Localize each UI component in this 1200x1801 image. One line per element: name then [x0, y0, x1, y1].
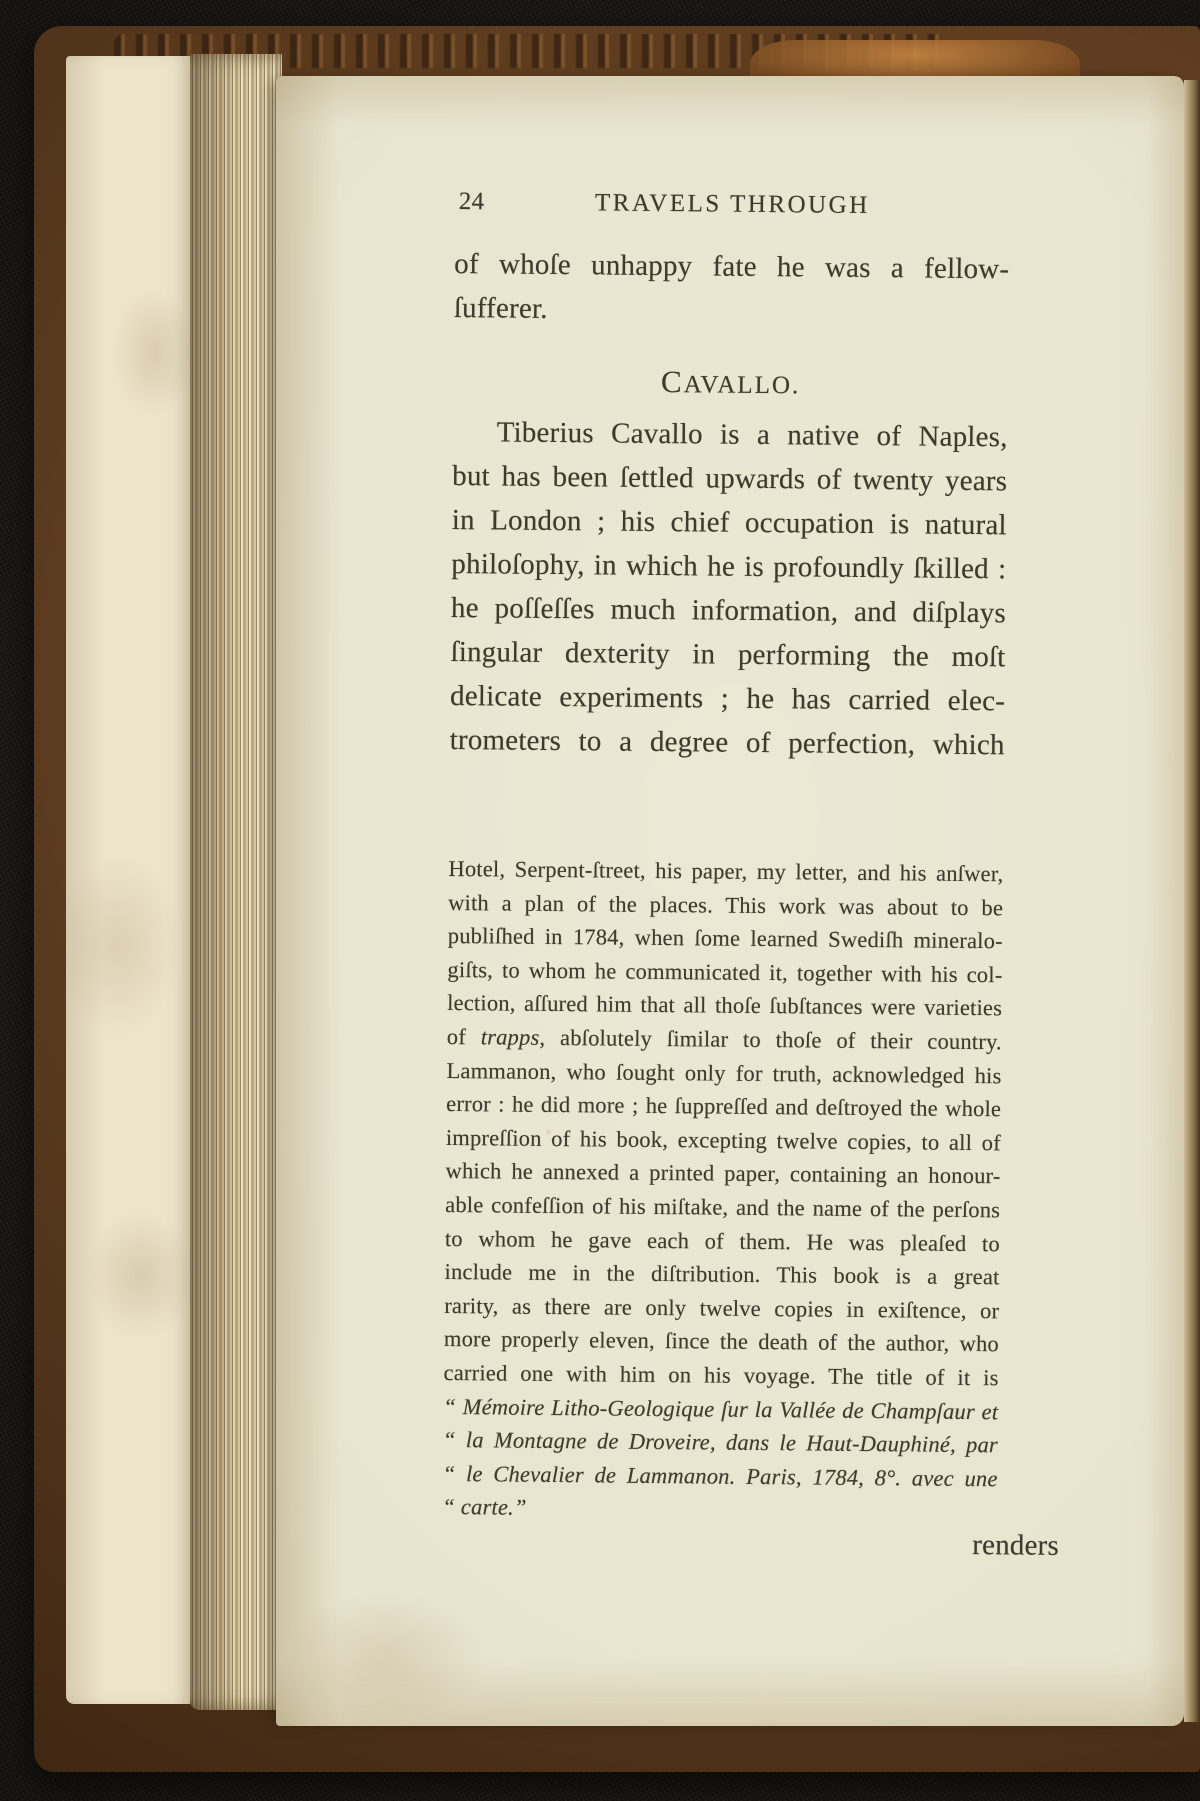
text-line: trometers to a degree of perfection, whi…: [449, 718, 1004, 767]
footnote-line-italic: “ Mémoire Litho-Geologique ſur la Vallée…: [443, 1389, 998, 1428]
text-line: Tiberius Cavallo is a native of Naples,: [452, 410, 1007, 459]
footnote-line-italic: “ carte.”: [442, 1490, 997, 1529]
footnote-text: , abſolutely ſimilar to thoſe of their c…: [539, 1025, 1002, 1054]
footnote-line: to whom he gave each of them. He was ple…: [445, 1221, 1000, 1260]
page-edges-stack: [190, 54, 282, 1710]
heading-initial: C: [661, 364, 684, 399]
footnote-line: Lammanon, who ſought only for truth, ack…: [446, 1054, 1001, 1093]
text-line: philoſophy, in which he is profoundly ſk…: [451, 542, 1006, 591]
footnote-line: giſts, to whom he communicated it, toget…: [447, 953, 1002, 992]
footnote-line: carried one with him on his voyage. The …: [443, 1356, 998, 1395]
page-text: 24 TRAVELS THROUGH of whoſe unhappy fate…: [441, 188, 1010, 1613]
book-page: 24 TRAVELS THROUGH of whoſe unhappy fate…: [276, 76, 1184, 1726]
text-line: delicate experiments ; he has carried el…: [450, 674, 1005, 723]
footnote-line: include me in the diſtribution. This boo…: [444, 1255, 999, 1294]
footnote-text: of: [447, 1024, 481, 1049]
footnote-line-italic: “ la Montagne de Droveire, dans le Haut-…: [443, 1423, 998, 1462]
text-line: of whoſe unhappy fate he was a fellow-: [454, 242, 1009, 291]
footnote-line: lection, aſſured him that all thoſe ſubſ…: [447, 986, 1002, 1025]
footnote-italic-word: trapps: [481, 1024, 540, 1050]
text-line: in London ; his chief occupation is natu…: [452, 498, 1007, 547]
text-line: ſingular dexterity in performing the moſ…: [450, 630, 1005, 679]
footnote-line: more properly eleven, ſince the death of…: [444, 1322, 999, 1361]
flyleaf-page: [66, 56, 190, 1704]
catchword: renders: [972, 1523, 1059, 1568]
heading-rest: AVALLO.: [684, 371, 801, 399]
footnote-line: able confeſſion of his miſtake, and the …: [445, 1188, 1000, 1227]
footnote-line: of trapps, abſolutely ſimilar to thoſe o…: [447, 1020, 1002, 1059]
footnote-line: publiſhed in 1784, when ſome learned Swe…: [448, 919, 1003, 958]
footnote-line: rarity, as there are only twelve copies …: [444, 1289, 999, 1328]
footnote-line-italic: “ le Chevalier de Lammanon. Paris, 1784,…: [442, 1457, 997, 1496]
running-title: TRAVELS THROUGH: [455, 188, 1010, 221]
footnote-line: with a plan of the places. This work was…: [448, 886, 1003, 925]
footnote-line: error : he did more ; he ſuppreſſed and …: [446, 1087, 1001, 1126]
footnote: Hotel, Serpent-ſtreet, his paper, my let…: [442, 852, 1003, 1529]
text-line: he poſſeſſes much information, and diſpl…: [451, 586, 1006, 635]
page-header: 24 TRAVELS THROUGH: [455, 188, 1010, 233]
text-line: but has been ſettled upwards of twenty y…: [452, 454, 1007, 503]
footnote-line: impreſſion of his book, excepting twelve…: [446, 1121, 1001, 1160]
footnote-line: which he annexed a printed paper, contai…: [445, 1154, 1000, 1193]
footnote-line: Hotel, Serpent-ſtreet, his paper, my let…: [448, 852, 1003, 891]
text-line: ſufferer.: [454, 286, 1009, 335]
section-heading: CAVALLO.: [453, 358, 1008, 410]
page-fore-edge: [1184, 80, 1200, 1722]
main-paragraph: Tiberius Cavallo is a native of Naples, …: [449, 410, 1007, 767]
paragraph-continuation: of whoſe unhappy fate he was a fellow- ſ…: [454, 242, 1010, 335]
